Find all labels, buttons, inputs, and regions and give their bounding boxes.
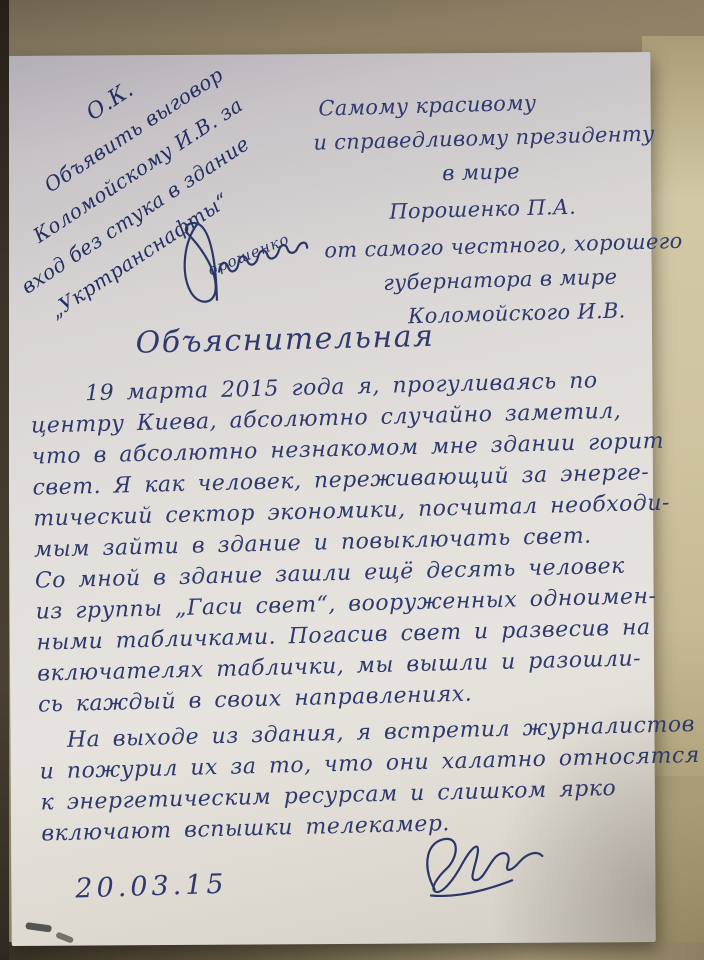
staple-mark <box>55 932 74 944</box>
document-paper: О.К. Объявить выговор Коломойскому И.В. … <box>6 52 655 946</box>
desk-edge-left <box>0 0 9 960</box>
recipient-block: Самому красивому и справедливому президе… <box>312 82 668 335</box>
author-signature-icon <box>416 820 562 920</box>
photo-of-handwritten-note: О.К. Объявить выговор Коломойскому И.В. … <box>0 0 704 960</box>
document-title: Объяснительная <box>8 316 563 364</box>
recipient-line: Порошенко П.А. <box>389 187 666 228</box>
staple-mark <box>25 922 52 932</box>
recipient-line: в мире <box>442 150 665 190</box>
document-body: 19 марта 2015 года я, прогуливаясь по це… <box>30 364 648 849</box>
document-date: 20.03.15 <box>75 869 228 905</box>
